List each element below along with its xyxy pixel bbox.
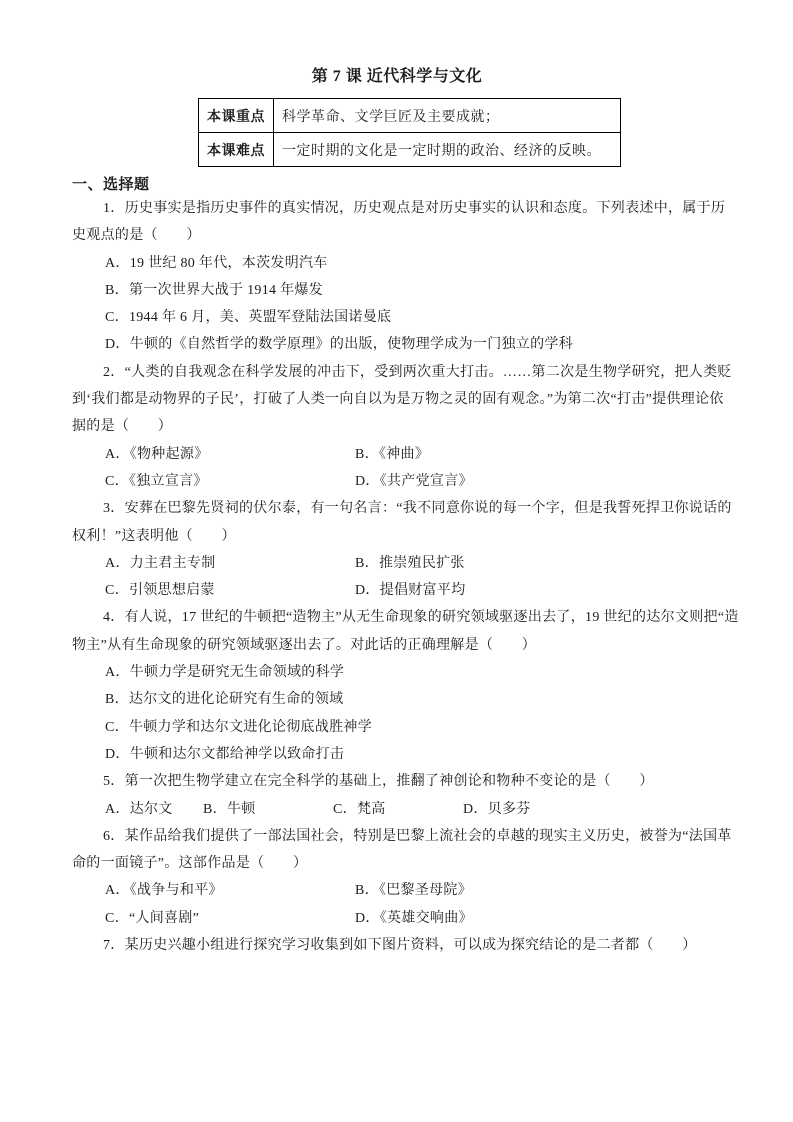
- section-heading-multiple-choice: 一、选择题: [72, 175, 722, 195]
- question-4-line-2: 物主”从有生命现象的研究领域驱逐出去了。对此话的正确理解是（ ）: [72, 632, 722, 659]
- table-content-key-point: 科学革命、文学巨匠及主要成就；: [274, 99, 621, 133]
- question-2-line-3: 据的是（ ）: [72, 413, 722, 440]
- question-6-line-1: 6．某作品给我们提供了一部法国社会，特别是巴黎上流社会的卓越的现实主义历史，被誉…: [72, 823, 722, 850]
- question-1-line-1: 1．历史事实是指历史事件的真实情况，历史观点是对历史事实的认识和态度。下列表述中…: [72, 195, 722, 222]
- question-7-line-1: 7．某历史兴趣小组进行探究学习收集到如下图片资料，可以成为探究结论的是二者都（ …: [72, 932, 722, 959]
- document-page: 第 7 课 近代科学与文化 本课重点 科学革命、文学巨匠及主要成就； 本课难点 …: [0, 0, 793, 1122]
- question-2-option-a: A．《物种起源》: [105, 441, 355, 468]
- page-title: 第 7 课 近代科学与文化: [72, 66, 722, 88]
- question-6-line-2: 命的一面镜子”。这部作品是（ ）: [72, 850, 722, 877]
- question-6-options-row-2: C．“人间喜剧”D．《英雄交响曲》: [72, 905, 722, 932]
- question-2-line-1: 2．“人类的自我观念在科学发展的冲击下，受到两次重大打击。……第二次是生物学研究…: [72, 359, 722, 386]
- question-3-option-d: D．提倡财富平均: [355, 577, 466, 604]
- question-2-line-2: 到‘我们都是动物界的子民’，打破了人类一向自以为是万物之灵的固有观念。”为第二次…: [72, 386, 722, 413]
- question-4-option-c: C．牛顿力学和达尔文进化论彻底战胜神学: [72, 714, 722, 741]
- question-4-option-d: D．牛顿和达尔文都给神学以致命打击: [72, 741, 722, 768]
- table-row-difficulty: 本课难点 一定时期的文化是一定时期的政治、经济的反映。: [199, 133, 621, 167]
- table-content-difficulty: 一定时期的文化是一定时期的政治、经济的反映。: [274, 133, 621, 167]
- table-label-key-point: 本课重点: [199, 99, 274, 133]
- question-3-option-a: A．力主君主专制: [105, 550, 355, 577]
- table-label-difficulty: 本课难点: [199, 133, 274, 167]
- question-6-options-row-1: A．《战争与和平》B．《巴黎圣母院》: [72, 877, 722, 904]
- question-4-option-b: B．达尔文的进化论研究有生命的领域: [72, 686, 722, 713]
- table-row-key-point: 本课重点 科学革命、文学巨匠及主要成就；: [199, 99, 621, 133]
- question-3-option-b: B．推崇殖民扩张: [355, 550, 465, 577]
- question-1-option-c: C．1944 年 6 月，美、英盟军登陆法国诺曼底: [72, 304, 722, 331]
- question-5-option-c: C．梵高: [333, 796, 463, 823]
- question-3-line-2: 权利！”这表明他（ ）: [72, 523, 722, 550]
- question-2-options-row-1: A．《物种起源》B．《神曲》: [72, 441, 722, 468]
- question-5-line-1: 5．第一次把生物学建立在完全科学的基础上，推翻了神创论和物种不变论的是（ ）: [72, 768, 722, 795]
- question-6-option-b: B．《巴黎圣母院》: [355, 877, 472, 904]
- question-2-option-d: D．《共产党宣言》: [355, 468, 473, 495]
- question-4-option-a: A．牛顿力学是研究无生命领域的科学: [72, 659, 722, 686]
- question-6-option-a: A．《战争与和平》: [105, 877, 355, 904]
- question-3-option-c: C．引领思想启蒙: [105, 577, 355, 604]
- question-6-option-d: D．《英雄交响曲》: [355, 905, 473, 932]
- question-2-options-row-2: C．《独立宣言》D．《共产党宣言》: [72, 468, 722, 495]
- question-3-options-row-1: A．力主君主专制B．推崇殖民扩张: [72, 550, 722, 577]
- question-1-option-b: B．第一次世界大战于 1914 年爆发: [72, 277, 722, 304]
- question-5-option-b: B．牛顿: [203, 796, 333, 823]
- question-2-option-b: B．《神曲》: [355, 441, 429, 468]
- question-5-option-a: A．达尔文: [105, 796, 203, 823]
- question-5-options-row: A．达尔文B．牛顿C．梵高D．贝多芬: [72, 796, 722, 823]
- question-1-option-d: D．牛顿的《自然哲学的数学原理》的出版，使物理学成为一门独立的学科: [72, 331, 722, 358]
- question-1-line-2: 史观点的是（ ）: [72, 222, 722, 249]
- question-3-line-1: 3．安葬在巴黎先贤祠的伏尔泰，有一句名言：“我不同意你说的每一个字，但是我誓死捍…: [72, 495, 722, 522]
- question-6-option-c: C．“人间喜剧”: [105, 905, 355, 932]
- question-1-option-a: A．19 世纪 80 年代，本茨发明汽车: [72, 250, 722, 277]
- lesson-info-table: 本课重点 科学革命、文学巨匠及主要成就； 本课难点 一定时期的文化是一定时期的政…: [198, 98, 621, 167]
- question-4-line-1: 4．有人说，17 世纪的牛顿把“造物主”从无生命现象的研究领域驱逐出去了，19 …: [72, 604, 722, 631]
- question-5-option-d: D．贝多芬: [463, 796, 531, 823]
- question-3-options-row-2: C．引领思想启蒙D．提倡财富平均: [72, 577, 722, 604]
- question-2-option-c: C．《独立宣言》: [105, 468, 355, 495]
